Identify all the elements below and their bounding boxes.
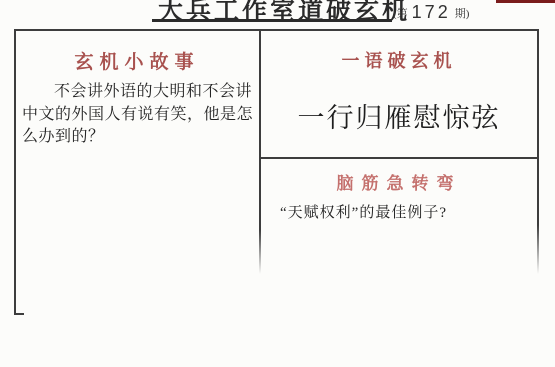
frame-bottom-left-corner <box>14 313 24 315</box>
frame-top-border <box>14 29 539 31</box>
story-text: 不会讲外语的大明和不会讲中文的外国人有说有笑，他是怎么办到的？ <box>22 81 256 149</box>
phrase-section-heading: 一语破玄机 <box>260 47 538 73</box>
mystery-phrase: 一行归雁慰惊弦 <box>260 96 538 135</box>
issue-prefix: (第 <box>393 5 408 23</box>
issue-value: 172 <box>408 2 455 23</box>
brainteaser-question: “天赋权利”的最佳例子? <box>280 201 530 222</box>
right-section-divider <box>259 157 539 159</box>
top-right-red-rule <box>496 0 555 3</box>
page-title: 大兵工作室道破玄机 <box>158 0 410 27</box>
title-underline <box>152 19 392 22</box>
story-section-heading: 玄机小故事 <box>14 47 260 74</box>
issue-number: (第 172 期) <box>393 2 469 23</box>
brainteaser-section-heading: 脑筋急转弯 <box>260 169 538 194</box>
issue-suffix: 期) <box>455 5 470 23</box>
